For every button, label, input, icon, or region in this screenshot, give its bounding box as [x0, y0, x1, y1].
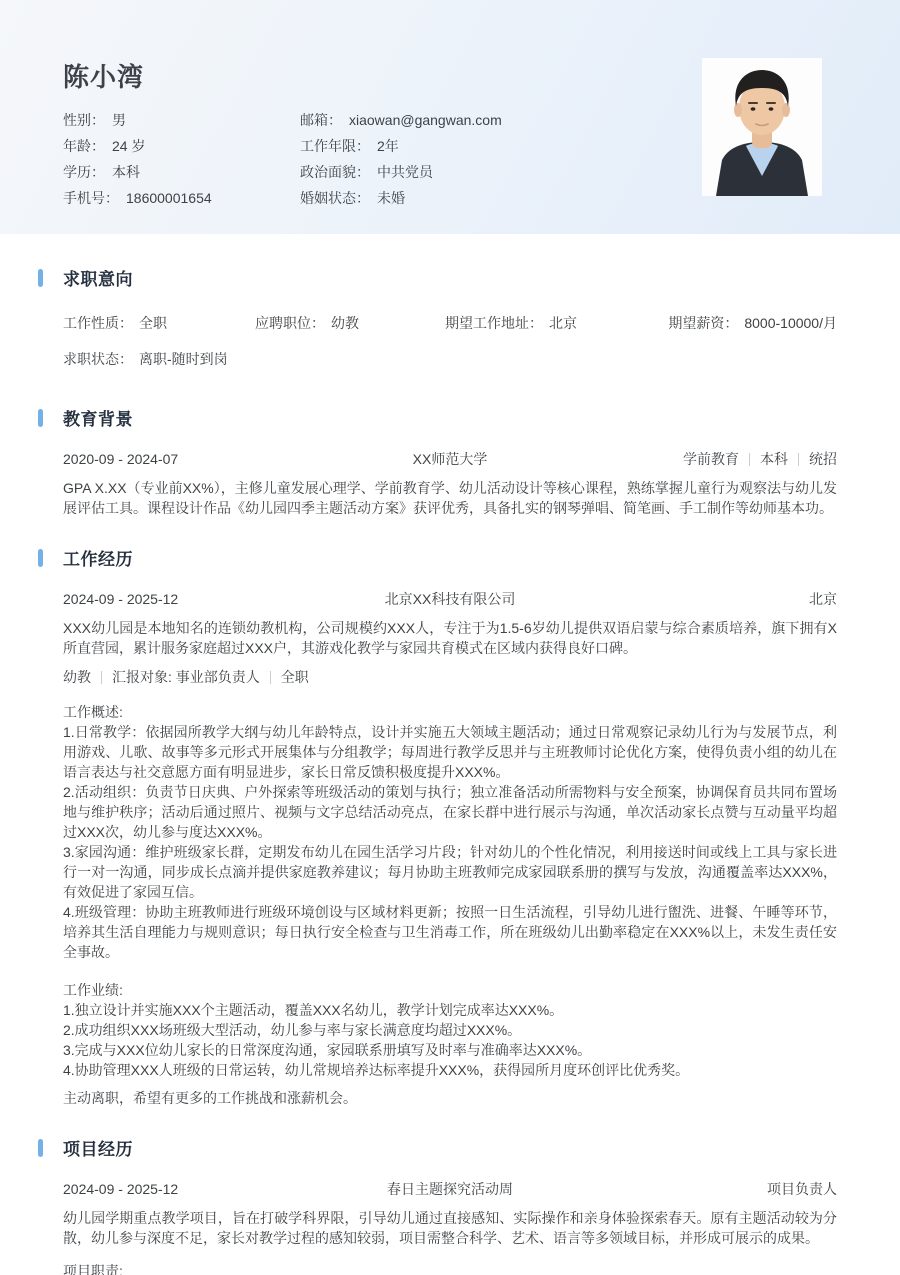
work-duty-item: 3.家园沟通：维护班级家长群，定期发布幼儿在园生活学习片段；针对幼儿的个性化情况… [63, 842, 837, 902]
field-job-nature: 工作性质：全职 [63, 316, 255, 331]
project-meta-row: 2024-09 - 2025-12 春日主题探究活动周 项目负责人 [63, 1181, 837, 1197]
section-title: 教育背景 [63, 405, 133, 430]
education-major: 学前教育 [683, 451, 739, 467]
info-value: 中共党员 [377, 164, 433, 180]
info-label: 婚姻状态： [300, 190, 370, 206]
work-duty-item: 2.活动组织：负责节日庆典、户外探索等班级活动的策划与执行；独立准备活动所需物料… [63, 782, 837, 842]
info-marital-status: 婚姻状态：未婚 [300, 189, 630, 215]
info-phone: 手机号：18600001654 [63, 189, 300, 215]
education-period: 2020-09 - 2024-07 [63, 451, 295, 467]
info-label: 手机号： [63, 190, 119, 206]
project-description: 幼儿园学期重点教学项目，旨在打破学科界限，引导幼儿通过直接感知、实际操作和亲身体… [63, 1208, 837, 1248]
resume-body: 求职意向 工作性质：全职 应聘职位：幼教 期望工作地址：北京 期望薪资：8000… [0, 265, 900, 1275]
divider [101, 671, 102, 684]
info-value: xiaowan@gangwan.com [349, 112, 502, 128]
info-value: 18600001654 [126, 190, 212, 206]
field-job-status: 求职状态：离职-随时到岗 [63, 352, 837, 367]
field-label: 求职状态： [63, 351, 133, 367]
project-role: 项目负责人 [605, 1181, 837, 1197]
info-label: 政治面貌： [300, 164, 370, 180]
job-intention-fields: 工作性质：全职 应聘职位：幼教 期望工作地址：北京 期望薪资：8000-1000… [63, 316, 837, 331]
info-email: 邮箱：xiaowan@gangwan.com [300, 111, 630, 137]
work-job-type: 全职 [281, 669, 309, 685]
work-duty-item: 4.班级管理：协助主班教师进行班级环境创设与区域材料更新；按照一日生活流程，引导… [63, 902, 837, 962]
work-leave-reason: 主动离职，希望有更多的工作挑战和涨薪机会。 [63, 1088, 837, 1108]
field-value: 幼教 [331, 315, 359, 331]
info-value: 本科 [112, 164, 140, 180]
field-target-location: 期望工作地址：北京 [445, 316, 660, 331]
section-job-intention: 求职意向 [38, 265, 837, 290]
section-title: 工作经历 [63, 545, 133, 570]
work-report-to: 汇报对象: 事业部负责人 [112, 669, 260, 685]
field-value: 全职 [139, 315, 167, 331]
section-accent-bar [38, 1139, 43, 1157]
info-work-years: 工作年限：2年 [300, 137, 630, 163]
work-position: 幼教 [63, 669, 91, 685]
info-education: 学历：本科 [63, 163, 300, 189]
field-value: 离职-随时到岗 [139, 351, 228, 367]
profile-photo-illustration [702, 58, 822, 196]
divider [749, 453, 750, 466]
info-label: 学历： [63, 164, 105, 180]
company-intro: XXX幼儿园是本地知名的连锁幼教机构，公司规模约XXX人，专注于为1.5-6岁幼… [63, 618, 837, 658]
info-age: 年龄：24 岁 [63, 137, 300, 163]
section-accent-bar [38, 549, 43, 567]
field-expected-salary: 期望薪资：8000-10000/月 [668, 316, 837, 331]
work-duties: 1.日常教学：依据园所教学大纲与幼儿年龄特点，设计并实施五大领域主题活动；通过日… [63, 722, 837, 962]
field-label: 期望薪资： [668, 315, 738, 331]
divider [798, 453, 799, 466]
field-value: 8000-10000/月 [744, 315, 837, 331]
field-label: 工作性质： [63, 315, 133, 331]
field-label: 期望工作地址： [445, 315, 543, 331]
education-degree: 本科 [760, 451, 788, 467]
education-school: XX师范大学 [295, 451, 605, 467]
work-achievement-item: 2.成功组织XXX场班级大型活动，幼儿参与率与家长满意度均超过XXX%。 [63, 1020, 837, 1040]
info-label: 邮箱： [300, 112, 342, 128]
info-label: 年龄： [63, 138, 105, 154]
section-title: 求职意向 [63, 265, 133, 290]
info-value: 24 岁 [112, 138, 145, 154]
section-title: 项目经历 [63, 1135, 133, 1160]
work-period: 2024-09 - 2025-12 [63, 591, 295, 607]
work-meta-row: 2024-09 - 2025-12 北京XX科技有限公司 北京 [63, 591, 837, 607]
work-achievement-item: 1.独立设计并实施XXX个主题活动，覆盖XXX名幼儿，教学计划完成率达XXX%。 [63, 1000, 837, 1020]
info-label: 工作年限： [300, 138, 370, 154]
field-target-position: 应聘职位：幼教 [255, 316, 445, 331]
work-overview-label: 工作概述: [63, 702, 837, 722]
info-value: 未婚 [377, 190, 405, 206]
work-duty-item: 1.日常教学：依据园所教学大纲与幼儿年龄特点，设计并实施五大领域主题活动；通过日… [63, 722, 837, 782]
divider [270, 671, 271, 684]
project-period: 2024-09 - 2025-12 [63, 1181, 295, 1197]
section-education: 教育背景 [38, 405, 837, 430]
field-label: 应聘职位： [255, 315, 325, 331]
project-duty-label: 项目职责: [63, 1261, 837, 1275]
info-value: 男 [112, 112, 126, 128]
work-achievements: 1.独立设计并实施XXX个主题活动，覆盖XXX名幼儿，教学计划完成率达XXX%。… [63, 1000, 837, 1080]
work-location: 北京 [605, 591, 837, 607]
info-political-status: 政治面貌：中共党员 [300, 163, 630, 189]
info-label: 性别： [63, 112, 105, 128]
section-accent-bar [38, 269, 43, 287]
work-company: 北京XX科技有限公司 [295, 591, 605, 607]
section-work-experience: 工作经历 [38, 545, 837, 570]
field-value: 北京 [549, 315, 577, 331]
work-position-row: 幼教汇报对象: 事业部负责人全职 [63, 667, 837, 687]
personal-info-left-column: 性别：男 年龄：24 岁 学历：本科 手机号：18600001654 [63, 111, 300, 215]
section-accent-bar [38, 409, 43, 427]
work-achievements-label: 工作业绩: [63, 980, 837, 1000]
education-description: GPA X.XX（专业前XX%），主修儿童发展心理学、学前教育学、幼儿活动设计等… [63, 478, 837, 518]
work-achievement-item: 3.完成与XXX位幼儿家长的日常深度沟通，家园联系册填写及时率与准确率达XXX%… [63, 1040, 837, 1060]
info-value: 2年 [377, 138, 399, 154]
project-name: 春日主题探究活动周 [295, 1181, 605, 1197]
education-meta-row: 2020-09 - 2024-07 XX师范大学 学前教育本科统招 [63, 451, 837, 467]
education-enroll-type: 统招 [809, 451, 837, 467]
resume-header: 陈小湾 性别：男 年龄：24 岁 学历：本科 手机号：18600001654 邮… [0, 0, 900, 234]
info-gender: 性别：男 [63, 111, 300, 137]
education-tags: 学前教育本科统招 [605, 451, 837, 467]
profile-photo [702, 58, 822, 196]
work-achievement-item: 4.协助管理XXX人班级的日常运转，幼儿常规培养达标率提升XXX%，获得园所月度… [63, 1060, 837, 1080]
section-project-experience: 项目经历 [38, 1135, 837, 1160]
personal-info-right-column: 邮箱：xiaowan@gangwan.com 工作年限：2年 政治面貌：中共党员… [300, 111, 630, 215]
